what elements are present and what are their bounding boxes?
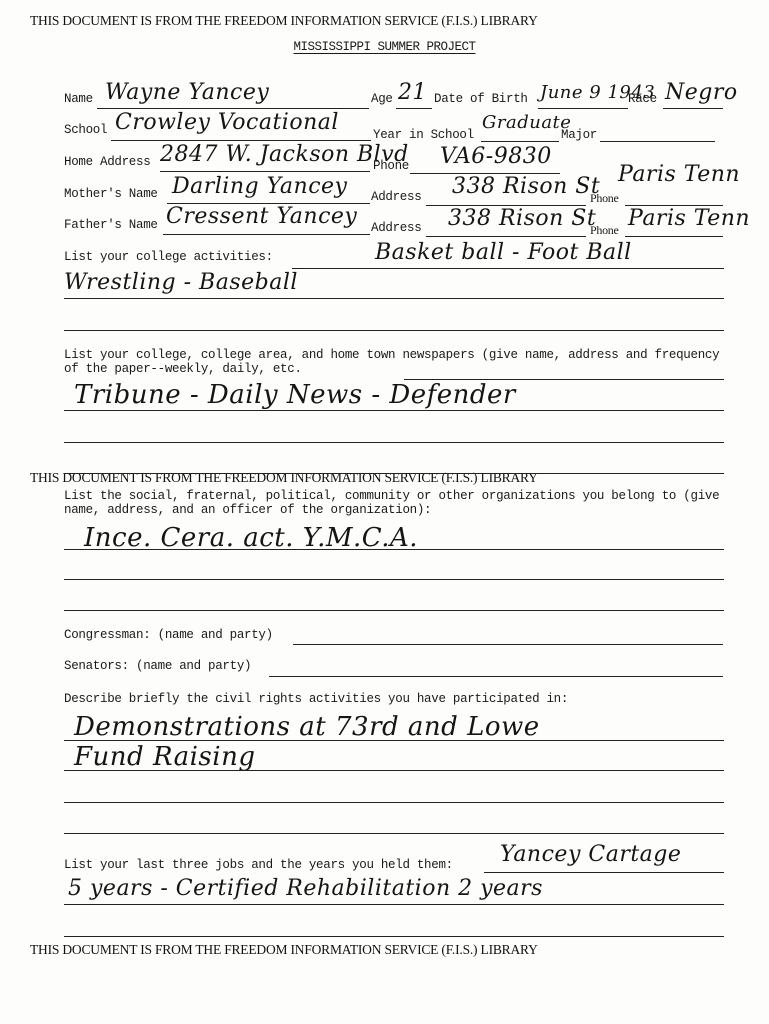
mothers-name-field[interactable]: Darling Yancey	[172, 174, 347, 199]
home-address-field[interactable]: 2847 W. Jackson Blvd	[160, 142, 409, 167]
fathers-phone-field[interactable]: Paris Tenn	[628, 206, 750, 231]
college-activities-line-2[interactable]: Wrestling - Baseball	[64, 270, 298, 295]
watermark-bottom: THIS DOCUMENT IS FROM THE FREEDOM INFORM…	[30, 942, 538, 958]
fathers-phone-label: Phone	[590, 223, 619, 238]
age-field[interactable]: 21	[398, 80, 427, 105]
civil-rights-line-1[interactable]: Demonstrations at 73rd and Lowe	[74, 712, 540, 742]
civil-rights-line-2[interactable]: Fund Raising	[74, 742, 255, 772]
fathers-address-label: Address	[371, 221, 421, 235]
mothers-address-field[interactable]: 338 Rison St	[452, 174, 600, 199]
mothers-address-label: Address	[371, 190, 421, 204]
organizations-label: List the social, fraternal, political, c…	[64, 489, 724, 517]
year-in-school-label: Year in School	[373, 128, 474, 142]
form-title: MISSISSIPPI SUMMER PROJECT	[0, 40, 769, 54]
year-in-school-field[interactable]: Graduate	[482, 112, 571, 133]
dob-label: Date of Birth	[434, 92, 528, 106]
home-address-label: Home Address	[64, 155, 150, 169]
school-label: School	[64, 123, 107, 137]
civil-rights-label: Describe briefly the civil rights activi…	[64, 692, 568, 706]
newspapers-label: List your college, college area, and hom…	[64, 348, 724, 376]
mothers-phone-label: Phone	[590, 191, 619, 206]
fathers-name-label: Father's Name	[64, 218, 158, 232]
college-activities-line-1[interactable]: Basket ball - Foot Ball	[375, 240, 632, 265]
watermark-top: THIS DOCUMENT IS FROM THE FREEDOM INFORM…	[30, 13, 538, 29]
jobs-label: List your last three jobs and the years …	[64, 858, 453, 872]
name-label: Name	[64, 92, 93, 106]
name-field[interactable]: Wayne Yancey	[105, 80, 269, 105]
newspapers-line-1[interactable]: Tribune - Daily News - Defender	[74, 380, 516, 410]
fathers-address-field[interactable]: 338 Rison St	[448, 206, 596, 231]
race-label: Race	[628, 92, 657, 106]
senators-label: Senators: (name and party)	[64, 659, 251, 673]
phone-label: Phone	[373, 159, 409, 173]
phone-field[interactable]: VA6-9830	[440, 144, 552, 169]
fathers-name-field[interactable]: Cressent Yancey	[166, 204, 357, 229]
age-label: Age	[371, 92, 393, 106]
major-label: Major	[561, 128, 597, 142]
congressman-label: Congressman: (name and party)	[64, 628, 273, 642]
college-activities-label: List your college activities:	[64, 250, 273, 264]
mothers-name-label: Mother's Name	[64, 187, 158, 201]
jobs-line-1[interactable]: Yancey Cartage	[500, 842, 681, 867]
jobs-line-2[interactable]: 5 years - Certified Rehabilitation 2 yea…	[68, 876, 543, 901]
race-field[interactable]: Negro	[665, 80, 738, 105]
school-field[interactable]: Crowley Vocational	[115, 110, 339, 135]
mothers-city-note: Paris Tenn	[618, 162, 740, 187]
